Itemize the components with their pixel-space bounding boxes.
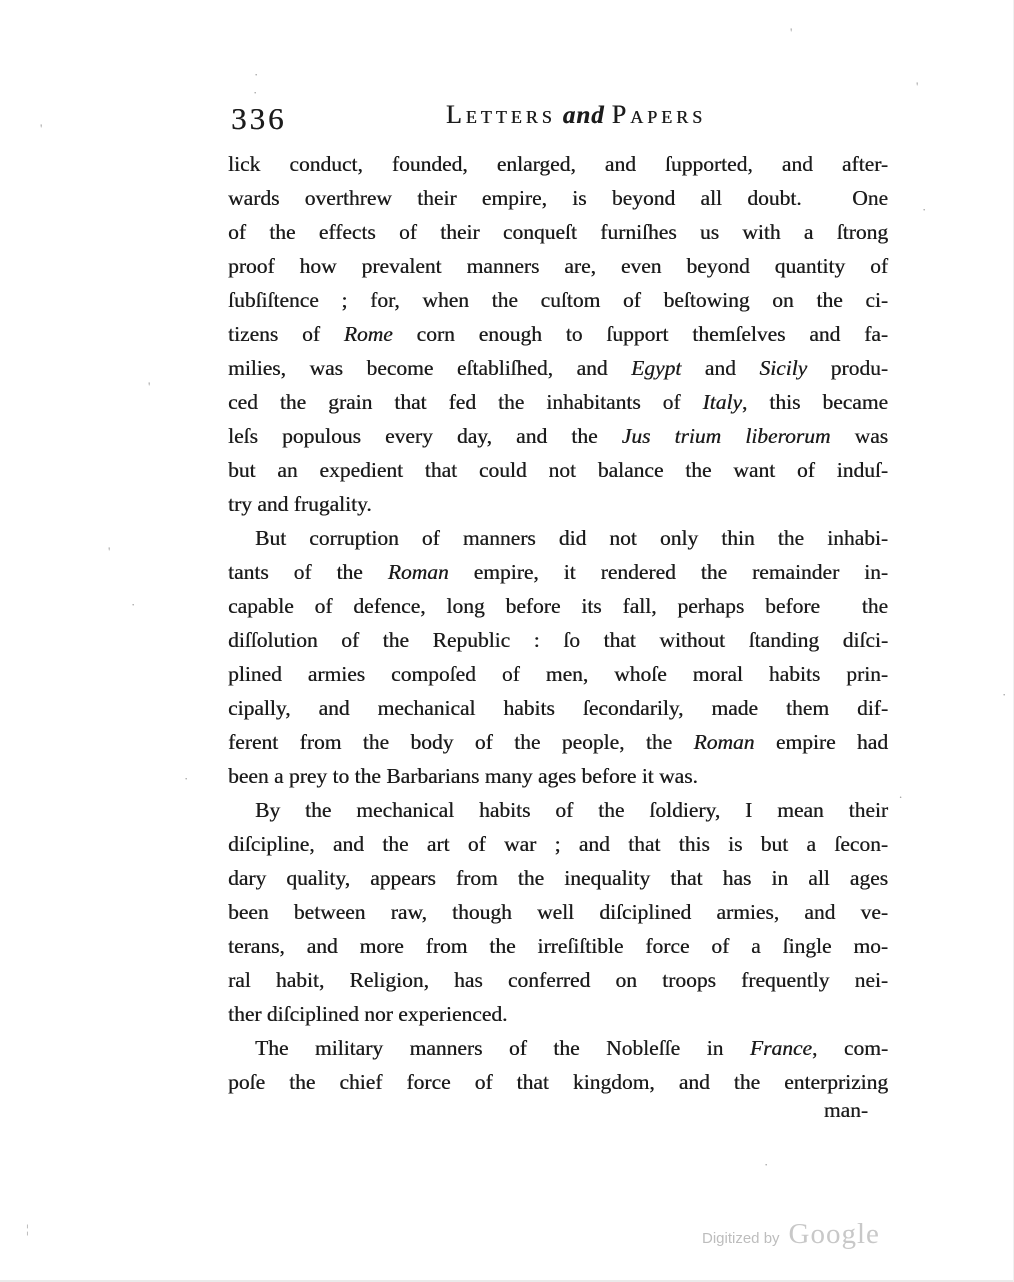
text-line: wards overthrew their empire, is beyond … — [228, 181, 888, 215]
text-line: tants of the Roman empire, it rendered t… — [228, 555, 888, 589]
scan-speckle: · — [764, 1158, 768, 1171]
italic-text-segment: Sicily — [759, 356, 807, 380]
text-segment: ferent from the body of the people, the — [228, 730, 694, 754]
text-line: leſs populous every day, and the Jus tri… — [228, 419, 888, 453]
text-line: but an expedient that could not balance … — [228, 453, 888, 487]
text-segment: plined armies compoſed of men, whoſe mor… — [228, 662, 888, 686]
text-segment: but an expedient that could not balance … — [228, 458, 888, 482]
text-segment: The military manners of the Nobleſſe in — [255, 1036, 750, 1060]
digitization-watermark: Digitized by Google — [702, 1218, 880, 1251]
scan-speckle: · — [184, 772, 188, 785]
text-segment: By the mechanical habits of the ſoldiery… — [255, 798, 888, 822]
text-line: lick conduct, founded, enlarged, and ſup… — [228, 147, 888, 181]
text-segment: poſe the chief force of that kingdom, an… — [228, 1070, 888, 1094]
scan-speckle: · — [253, 86, 257, 99]
text-line: diſcipline, and the art of war ; and tha… — [228, 827, 888, 861]
scan-speckle: ' — [108, 545, 110, 558]
running-title-conjunction: and — [563, 102, 605, 129]
text-line: ferent from the body of the people, the … — [228, 725, 888, 759]
catchword: man- — [228, 1093, 888, 1127]
text-line: milies, was become eſtabliſhed, and Egyp… — [228, 351, 888, 385]
text-segment: But corruption of manners did not only t… — [255, 526, 888, 550]
text-line: been a prey to the Barbarians many ages … — [228, 759, 888, 793]
text-segment: capable of defence, long before its fall… — [228, 594, 888, 618]
text-segment: empire, it rendered the remainder in- — [449, 560, 888, 584]
text-segment: leſs populous every day, and the — [228, 424, 622, 448]
text-segment: try and frugality. — [228, 492, 372, 516]
text-segment: ſubſiſtence ; for, when the cuſtom of be… — [228, 288, 888, 312]
text-segment: , com- — [812, 1036, 888, 1060]
text-line: ral habit, Religion, has conferred on tr… — [228, 963, 888, 997]
scan-speckle: ' — [790, 26, 792, 39]
text-line: By the mechanical habits of the ſoldiery… — [228, 793, 888, 827]
italic-text-segment: Rome — [344, 322, 393, 346]
text-segment: was — [830, 424, 888, 448]
text-line: capable of defence, long before its fall… — [228, 589, 888, 623]
google-logo: Google — [789, 1218, 880, 1251]
text-line: of the effects of their conqueſt furniſh… — [228, 215, 888, 249]
text-segment: ced the grain that fed the inhabitants o… — [228, 390, 703, 414]
text-line: try and frugality. — [228, 487, 888, 521]
scan-speckle: ¦ — [26, 1222, 29, 1235]
scan-speckle: · — [131, 598, 135, 611]
text-segment: proof how prevalent manners are, even be… — [228, 254, 888, 278]
text-segment: corn enough to ſupport themſelves and fa… — [393, 322, 888, 346]
text-line: ther diſciplined nor experienced. — [228, 997, 888, 1031]
text-segment: of the effects of their conqueſt furniſh… — [228, 220, 888, 244]
text-segment: tizens of — [228, 322, 344, 346]
running-title-word2: Papers — [612, 100, 706, 129]
text-line: ſubſiſtence ; for, when the cuſtom of be… — [228, 283, 888, 317]
text-segment: dary quality, appears from the inequalit… — [228, 866, 888, 890]
text-line: terans, and more from the irreſiſtible f… — [228, 929, 888, 963]
text-segment: been between raw, though well diſcipline… — [228, 900, 888, 924]
text-segment: been a prey to the Barbarians many ages … — [228, 764, 698, 788]
running-title: LettersandPapers — [228, 100, 888, 130]
body-text: lick conduct, founded, enlarged, and ſup… — [228, 147, 888, 1099]
text-segment: produ- — [807, 356, 888, 380]
text-segment: tants of the — [228, 560, 388, 584]
scan-speckle: · — [1002, 688, 1006, 701]
italic-text-segment: Egypt — [631, 356, 681, 380]
text-segment: empire had — [754, 730, 888, 754]
italic-text-segment: Jus trium liberorum — [622, 424, 831, 448]
text-segment: diſſolution of the Republic : ſo that wi… — [228, 628, 888, 652]
text-line: been between raw, though well diſcipline… — [228, 895, 888, 929]
scan-speckle: · — [922, 203, 926, 216]
text-segment: cipally, and mechanical habits ſecondari… — [228, 696, 888, 720]
text-segment: ral habit, Religion, has conferred on tr… — [228, 968, 888, 992]
text-segment: lick conduct, founded, enlarged, and ſup… — [228, 152, 888, 176]
italic-text-segment: Italy — [703, 390, 742, 414]
text-segment: wards overthrew their empire, is beyond … — [228, 186, 888, 210]
scanned-page: 336 LettersandPapers lick conduct, found… — [0, 0, 1014, 1282]
text-segment: terans, and more from the irreſiſtible f… — [228, 934, 888, 958]
scan-speckle: ' — [916, 80, 918, 93]
italic-text-segment: Roman — [694, 730, 755, 754]
text-segment: diſcipline, and the art of war ; and tha… — [228, 832, 888, 856]
text-line: dary quality, appears from the inequalit… — [228, 861, 888, 895]
text-segment: , this became — [742, 390, 888, 414]
catchword-row: man- — [228, 1099, 888, 1127]
text-line: But corruption of manners did not only t… — [228, 521, 888, 555]
text-line: The military manners of the Nobleſſe in … — [228, 1031, 888, 1065]
scan-speckle: . — [899, 787, 902, 800]
text-line: cipally, and mechanical habits ſecondari… — [228, 691, 888, 725]
text-segment: ther diſciplined nor experienced. — [228, 1002, 507, 1026]
text-line: plined armies compoſed of men, whoſe mor… — [228, 657, 888, 691]
text-line: ced the grain that fed the inhabitants o… — [228, 385, 888, 419]
scan-speckle: ' — [148, 380, 150, 393]
text-line: diſſolution of the Republic : ſo that wi… — [228, 623, 888, 657]
text-line: tizens of Rome corn enough to ſupport th… — [228, 317, 888, 351]
italic-text-segment: France — [750, 1036, 812, 1060]
text-segment: milies, was become eſtabliſhed, and — [228, 356, 631, 380]
text-line: proof how prevalent manners are, even be… — [228, 249, 888, 283]
italic-text-segment: Roman — [388, 560, 449, 584]
scan-speckle: · — [254, 68, 258, 81]
running-title-word1: Letters — [446, 100, 556, 129]
text-segment: and — [681, 356, 759, 380]
scan-speckle: ' — [40, 122, 42, 135]
digitized-by-label: Digitized by — [702, 1230, 780, 1247]
